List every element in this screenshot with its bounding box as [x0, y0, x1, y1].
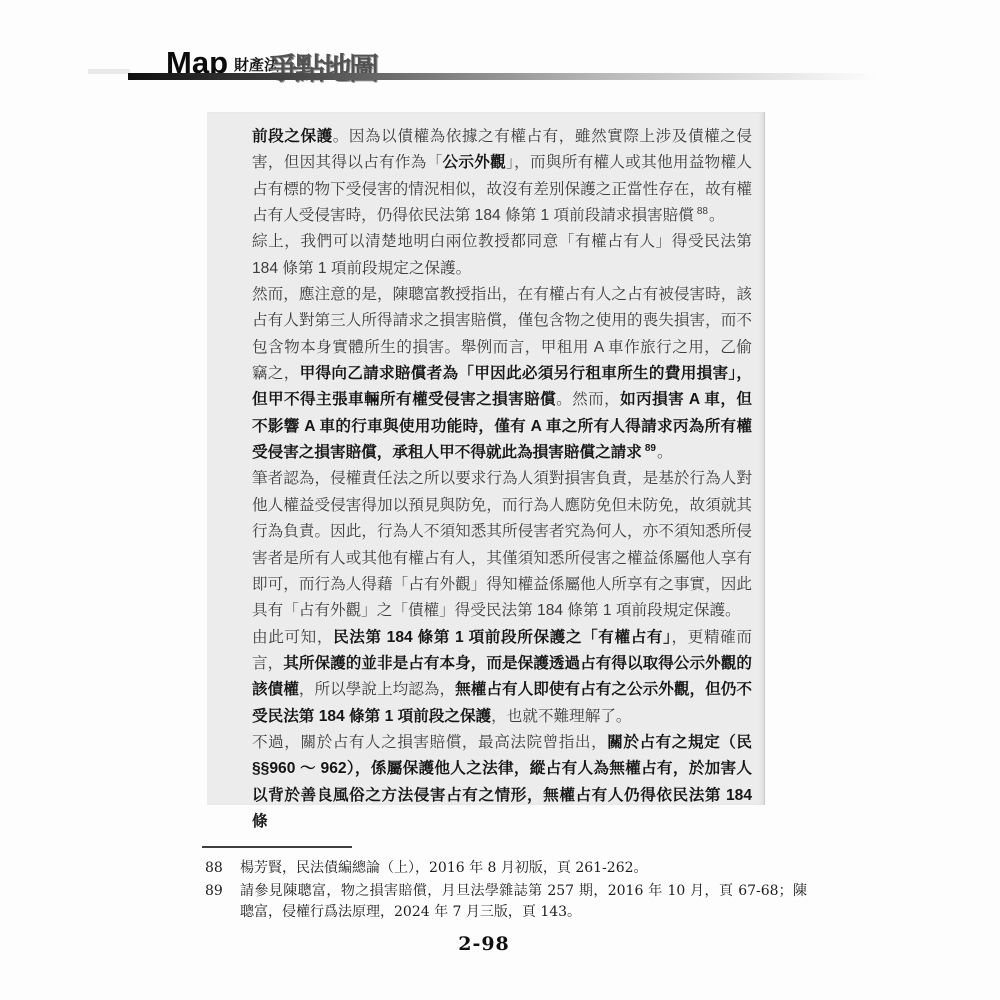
- paragraph: 前段之保護。因為以債權為依據之有權占有，雖然實際上涉及債權之侵害，但因其得以占有…: [252, 124, 752, 229]
- footnote-number: 89: [205, 881, 240, 924]
- paragraph: 筆者認為，侵權責任法之所以要求行為人須對損害負責，是基於行為人對他人權益受侵害得…: [252, 466, 752, 624]
- footnote-reference: 89: [645, 443, 656, 454]
- paragraph: 由此可知，民法第 184 條第 1 項前段所保護之「有權占有」，更精確而言，其所…: [252, 625, 752, 730]
- footnote-number: 88: [205, 858, 240, 880]
- excerpt-block: 前段之保護。因為以債權為依據之有權占有，雖然實際上涉及債權之侵害，但因其得以占有…: [207, 112, 765, 805]
- footnote-separator: [202, 846, 352, 848]
- footnote: 89請參見陳聰富，物之損害賠償，月旦法學雜誌第 257 期，2016 年 10 …: [205, 881, 807, 924]
- paragraph: 然而，應注意的是，陳聰富教授指出，在有權占有人之占有被侵害時，該占有人對第三人所…: [252, 282, 752, 466]
- footnote-text: 楊芳賢，民法債編總論（上），2016 年 8 月初版，頁 261-262。: [240, 858, 807, 880]
- footnote-reference: 88: [697, 206, 708, 217]
- paragraph: 不過，關於占有人之損害賠償，最高法院曾指出，關於占有之規定（民§§960 ～ 9…: [252, 730, 752, 835]
- footnote: 88楊芳賢，民法債編總論（上），2016 年 8 月初版，頁 261-262。: [205, 858, 807, 880]
- header-rule-lead: [88, 69, 130, 74]
- book-page: Map 財產法 爭點地圖 前段之保護。因為以債權為依據之有權占有，雖然實際上涉及…: [0, 0, 1000, 1000]
- logo-series-title: 爭點地圖: [268, 44, 376, 88]
- footnote-text: 請參見陳聰富，物之損害賠償，月旦法學雜誌第 257 期，2016 年 10 月，…: [240, 881, 807, 924]
- header-gradient-rule: [128, 73, 876, 80]
- paragraph: 綜上，我們可以清楚地明白兩位教授都同意「有權占有人」得受民法第 184 條第 1…: [252, 229, 752, 282]
- page-number: 2-98: [0, 933, 968, 955]
- footnotes: 88楊芳賢，民法債編總論（上），2016 年 8 月初版，頁 261-262。8…: [205, 858, 807, 925]
